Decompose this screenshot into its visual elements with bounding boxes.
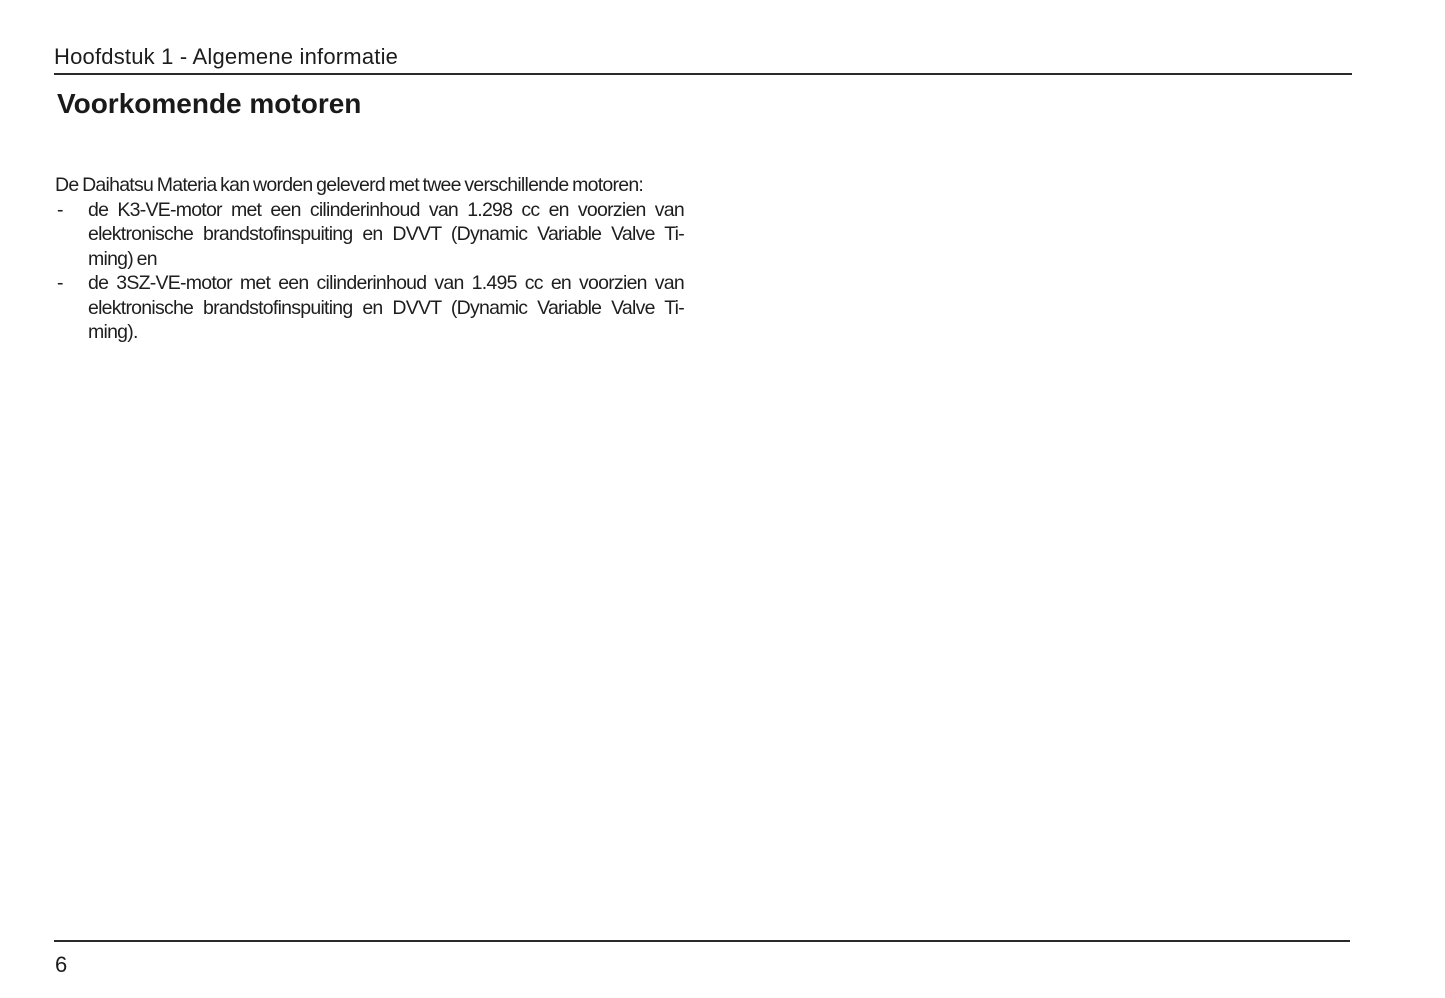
list-item-text: de 3SZ-VE-motor met een cilinderinhoud v…	[88, 272, 684, 343]
page-title: Voorkomende motoren	[57, 88, 361, 120]
bullet-dash: -	[57, 198, 63, 223]
list-item-3sz-ve: - de 3SZ-VE-motor met een cilinderinhoud…	[55, 271, 684, 345]
intro-paragraph: De Daihatsu Materia kan worden geleverd …	[55, 173, 695, 198]
footer-rule	[54, 940, 1350, 942]
header-rule	[54, 73, 1352, 75]
body-text: De Daihatsu Materia kan worden geleverd …	[55, 173, 695, 345]
page-number: 6	[55, 952, 67, 978]
list-item-text: de K3-VE-motor met een cilinderinhoud va…	[88, 199, 684, 270]
bullet-dash: -	[57, 271, 63, 296]
list-item-k3-ve: - de K3-VE-motor met een cilinderinhoud …	[55, 198, 684, 272]
engine-list: - de K3-VE-motor met een cilinderinhoud …	[55, 198, 695, 345]
running-header: Hoofdstuk 1 - Algemene informatie	[54, 44, 398, 70]
